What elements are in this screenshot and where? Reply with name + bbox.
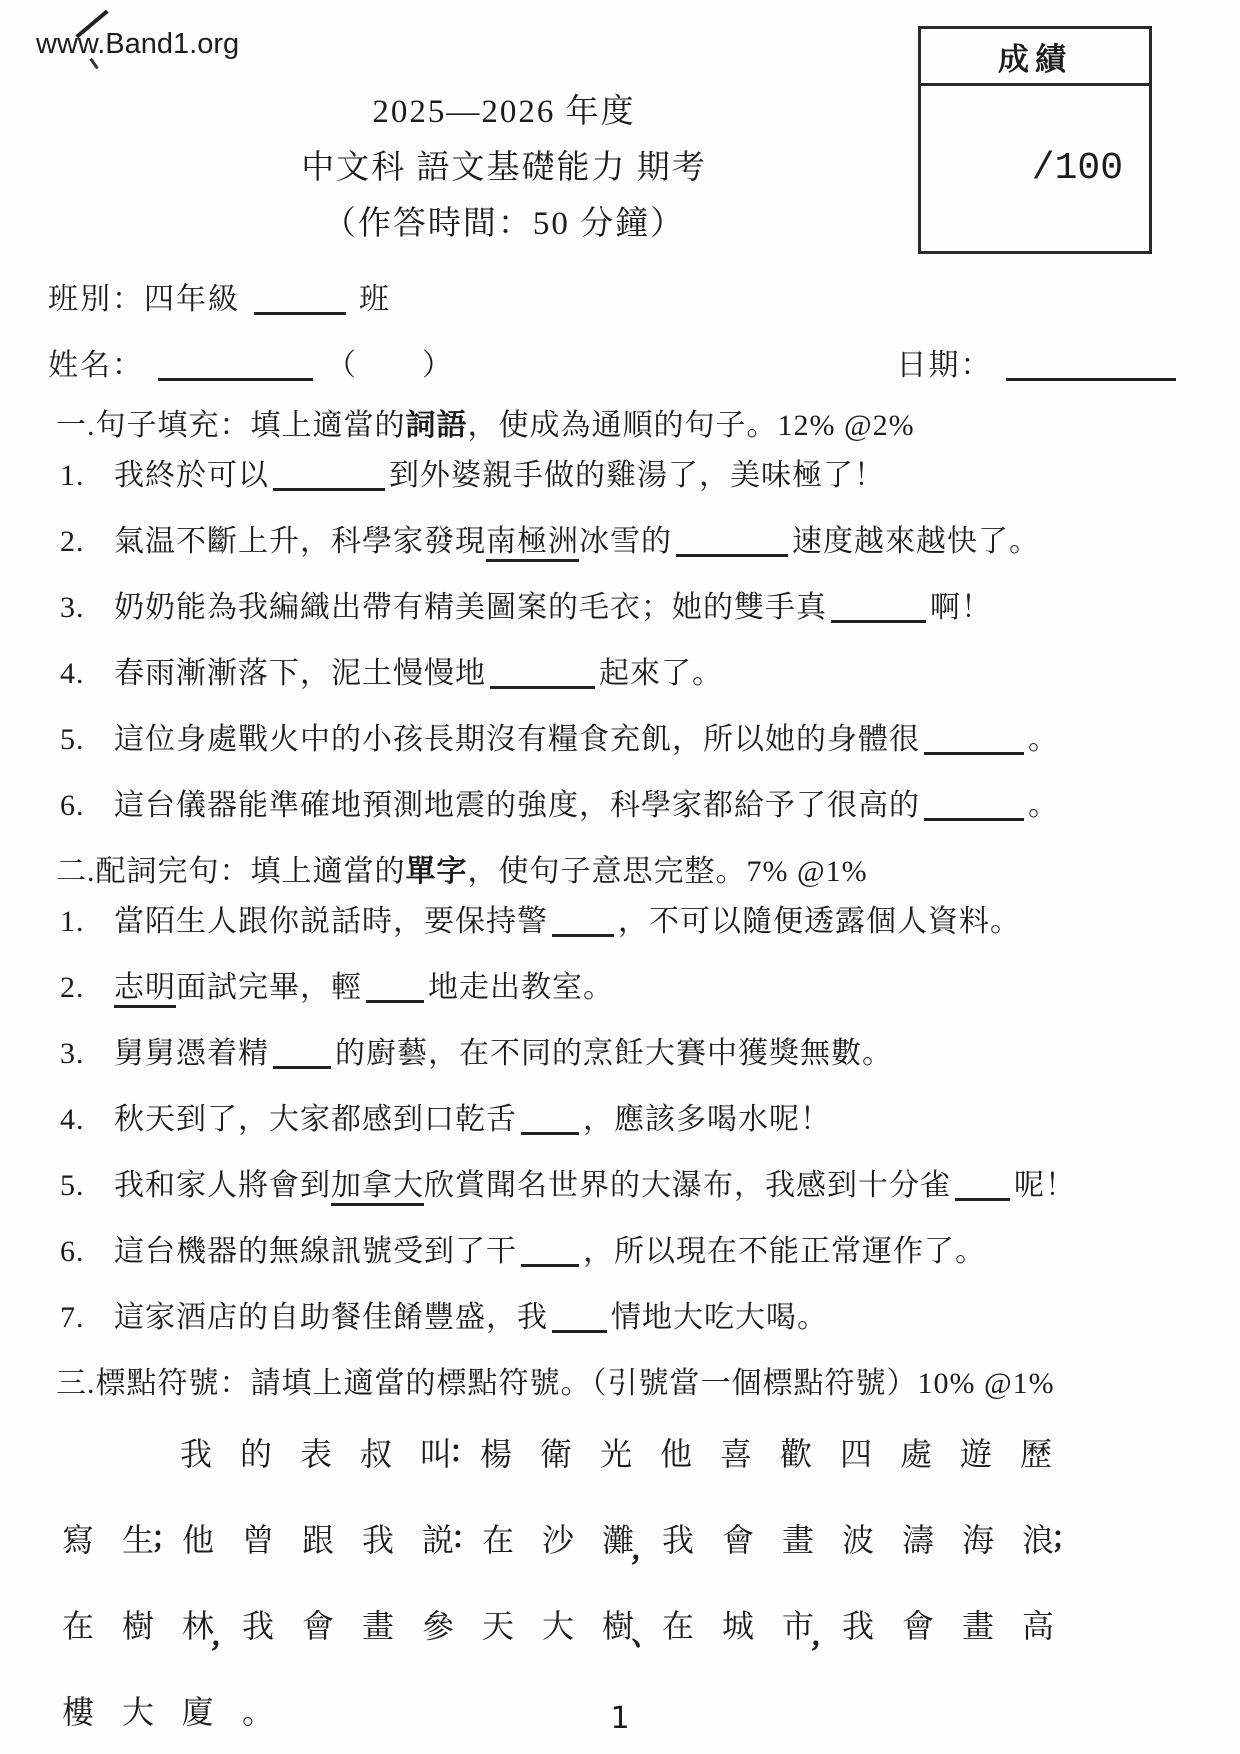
passage-char-cell: 濤 [888,1518,948,1562]
passage-char: 浪 [1022,1522,1054,1558]
text-segment: 呢！ [1014,1169,1076,1202]
text-segment: 我和家人將會到 [114,1169,331,1202]
passage-char-cell: 會 [888,1604,948,1648]
passage-char: 處 [900,1436,932,1472]
passage-char-cell: 叔 [346,1432,406,1476]
text-segment: 詞語 [406,409,468,442]
passage-line: 我的表叔叫：楊衛光他喜歡四處遊歷 [48,1432,1184,1483]
passage-char: 表 [300,1436,332,1472]
passage-char-cell: 畫 [348,1604,408,1648]
passage-char: 海 [962,1522,994,1558]
question-number: 6. [60,786,114,826]
passage-char: 樹 [122,1608,154,1644]
text-segment: 這位身處戰火中的小孩長期沒有糧食充飢，所以她的身體很 [114,723,920,756]
text-segment: 奶奶能為我編織出帶有精美圖案的毛衣；她的雙手真 [114,591,827,624]
question-row: 4.春雨漸漸落下，泥土慢慢地起來了。 [60,654,1184,694]
score-box: 成績 /100 [918,26,1152,254]
answer-blank [366,969,424,1004]
question-row: 6.這台機器的無線訊號受到了干，所以現在不能正常運作了。 [60,1232,1184,1272]
passage-char: 的 [240,1436,272,1472]
passage-char: 衛 [540,1436,572,1472]
passage-char-cell: 沙 [528,1518,588,1562]
passage-char: 我 [362,1522,394,1558]
text-segment: 起來了。 [599,657,723,690]
passage-char: 跟 [302,1522,334,1558]
question-number: 3. [60,1034,114,1074]
question-row: 5.這位身處戰火中的小孩長期沒有糧食充飢，所以她的身體很。 [60,720,1184,760]
exam-content: 班別：四年級 班 姓名： （ ） 日期： 一.句子填充：填上適當的詞語，使成為通… [48,274,1184,1741]
text-segment: ，所以現在不能正常運作了。 [583,1235,986,1268]
passage-char-cell: 遊 [946,1432,1006,1476]
exam-duration-title: （作答時間：50 分鐘） [48,196,960,252]
text-segment: 到外婆親手做的雞湯了，美味極了！ [389,459,885,492]
text-segment: 氣温不斷上升，科學家發現 [114,525,486,558]
passage-char: 城 [722,1608,754,1644]
passage-char-cell: 樹 [108,1604,168,1648]
passage-char: 我 [242,1608,274,1644]
answer-blank [521,1101,579,1136]
passage-char-cell: 歷 [1006,1432,1066,1476]
passage-char: 大 [542,1608,574,1644]
question-row: 2.志明面試完畢，輕地走出教室。 [60,968,1184,1008]
question-number: 7. [60,1298,114,1338]
underlined-word: 加拿大 [331,1169,424,1206]
passage-char-cell: 楊 [466,1432,526,1476]
question-row: 4.秋天到了，大家都感到口乾舌，應該多喝水呢！ [60,1100,1184,1140]
question-sections: 一.句子填充：填上適當的詞語，使成為通順的句子。12% @2%1.我終於可以到外… [48,406,1184,1338]
page-number: 1 [0,1701,1240,1736]
class-line: 班別：四年級 班 [48,274,1184,318]
name-label: 姓名： [48,349,144,382]
question-row: 1.當陌生人跟你説話時，要保持警，不可以隨便透露個人資料。 [60,902,1184,942]
passage-char: 濤 [902,1522,934,1558]
passage-char: 在 [662,1608,694,1644]
question-number: 5. [60,720,114,760]
text-segment: 這家酒店的自助餐佳餚豐盛，我 [114,1301,548,1334]
passage-char-cell: 寫 [48,1518,108,1562]
punctuation-passage: 我的表叔叫：楊衛光他喜歡四處遊歷寫生；他曾跟我説：在沙灘，我會畫波濤海浪；在樹林… [48,1432,1184,1741]
question-number: 1. [60,902,114,942]
passage-char-cell: 大 [528,1604,588,1648]
section-three: 三.標點符號：請填上適當的標點符號。（引號當一個標點符號）10% @1% 我的表… [48,1364,1184,1741]
exam-title-block: 2025—2026 年度 中文科 語文基礎能力 期考 （作答時間：50 分鐘） [48,84,960,252]
name-date-line: 姓名： （ ） 日期： [48,340,1184,384]
date-field: 日期： [897,340,1181,384]
passage-char: 市 [782,1608,814,1644]
passage-char: 四 [840,1436,872,1472]
passage-char: 遊 [960,1436,992,1472]
text-segment: ，應該多喝水呢！ [583,1103,831,1136]
passage-char-cell: 在 [648,1604,708,1648]
passage-char: 畫 [782,1522,814,1558]
text-segment: 這台儀器能準確地預測地震的強度，科學家都給予了很高的 [114,789,920,822]
question-row: 1.我終於可以到外婆親手做的雞湯了，美味極了！ [60,456,1184,496]
question-number: 2. [60,522,114,562]
handwritten-punctuation: ； [1051,1524,1081,1554]
passage-char-cell: 畫 [768,1518,828,1562]
passage-char-cell: 會 [288,1604,348,1648]
text-segment: 舅舅憑着精 [114,1037,269,1070]
text-segment: 。 [1028,789,1059,822]
passage-char-cell: 會 [708,1518,768,1562]
question-row: 6.這台儀器能準確地預測地震的強度，科學家都給予了很高的。 [60,786,1184,826]
text-segment: 的廚藝，在不同的烹飪大賽中獲獎無數。 [335,1037,893,1070]
passage-char-cell: 海 [948,1518,1008,1562]
section-one: 一.句子填充：填上適當的詞語，使成為通順的句子。12% @2%1.我終於可以到外… [48,406,1184,826]
question-row: 3.舅舅憑着精的廚藝，在不同的烹飪大賽中獲獎無數。 [60,1034,1184,1074]
text-segment: 二.配詞完句：填上適當的 [56,855,406,888]
passage-char: 天 [482,1608,514,1644]
passage-char-cell: 我 [228,1604,288,1648]
passage-char: 會 [302,1608,334,1644]
date-label: 日期： [897,349,993,382]
passage-char-cell: 表 [286,1432,346,1476]
section-title: 三.標點符號：請填上適當的標點符號。（引號當一個標點符號）10% @1% [56,1364,1184,1404]
passage-char-cell: 我 [166,1432,226,1476]
passage-char-cell: 畫 [948,1604,1008,1648]
passage-char: 會 [902,1608,934,1644]
passage-char: 灘 [602,1522,634,1558]
underlined-word: 南極洲 [486,525,579,562]
text-segment: 地走出教室。 [428,971,614,1004]
passage-char: 歡 [780,1436,812,1472]
text-segment: 面試完畢，輕 [176,971,362,1004]
passage-char-cell: 喜 [706,1432,766,1476]
question-number: 1. [60,456,114,496]
passage-char: 我 [180,1436,212,1472]
passage-char-cell: 我 [648,1518,708,1562]
passage-char: 寫 [62,1522,94,1558]
passage-char: 他 [660,1436,692,1472]
passage-char-cell: 林， [168,1604,228,1648]
passage-char: 光 [600,1436,632,1472]
passage-char-cell: 在 [468,1518,528,1562]
passage-char-cell: 我 [828,1604,888,1648]
passage-char: 生 [122,1522,154,1558]
text-segment: ，使句子意思完整。7% @1% [468,855,868,888]
underlined-word: 志明 [114,971,176,1008]
score-total: /100 [921,86,1149,251]
passage-char-cell: 歡 [766,1432,826,1476]
passage-line: 在樹林，我會畫參天大樹、在城市，我會畫高 [48,1604,1184,1655]
exam-paper-page: www.Band1.org 成績 /100 2025—2026 年度 中文科 語… [0,0,1240,1754]
name-paren: （ ） [326,349,454,382]
question-row: 7.這家酒店的自助餐佳餚豐盛，我情地大吃大喝。 [60,1298,1184,1338]
answer-blank [273,457,385,492]
text-segment: 單字 [406,855,468,888]
passage-char: 曾 [242,1522,274,1558]
text-segment: 一.句子填充：填上適當的 [56,409,406,442]
question-number: 4. [60,1100,114,1140]
class-suffix: 班 [359,283,391,316]
passage-char-cell: 他 [646,1432,706,1476]
passage-char-cell: 灘， [588,1518,648,1562]
section-title: 二.配詞完句：填上適當的單字，使句子意思完整。7% @1% [56,852,1184,892]
passage-char: 楊 [480,1436,512,1472]
passage-char-cell: 叫： [406,1432,466,1476]
section-title: 一.句子填充：填上適當的詞語，使成為通順的句子。12% @2% [56,406,1184,446]
exam-year-title: 2025—2026 年度 [48,84,960,140]
text-segment: 我終於可以 [114,459,269,492]
passage-char: 高 [1022,1608,1054,1644]
passage-char: 參 [422,1608,454,1644]
question-row: 5.我和家人將會到加拿大欣賞聞名世界的大瀑布，我感到十分雀呢！ [60,1166,1184,1206]
passage-char: 歷 [1020,1436,1052,1472]
passage-char-cell: 高 [1008,1604,1068,1648]
passage-char: 在 [62,1608,94,1644]
passage-char: 畫 [962,1608,994,1644]
passage-char: 會 [722,1522,754,1558]
passage-char-cell: 生； [108,1518,168,1562]
passage-char-cell: 跟 [288,1518,348,1562]
passage-char: 樹 [602,1608,634,1644]
name-blank [158,347,313,382]
passage-char-cell: 城 [708,1604,768,1648]
passage-char: 畫 [362,1608,394,1644]
passage-char: 波 [842,1522,874,1558]
text-segment: 這台機器的無線訊號受到了干 [114,1235,517,1268]
score-label: 成績 [921,29,1149,86]
text-segment: 當陌生人跟你説話時，要保持警 [114,905,548,938]
text-segment: 。 [1028,723,1059,756]
passage-char: 喜 [720,1436,752,1472]
text-segment: 啊！ [930,591,992,624]
question-number: 5. [60,1166,114,1206]
passage-char-cell: 的 [226,1432,286,1476]
question-row: 2.氣温不斷上升，科學家發現南極洲冰雪的速度越來越快了。 [60,522,1184,562]
answer-blank [490,655,595,690]
text-segment: 速度越來越快了。 [792,525,1040,558]
watermark: www.Band1.org [36,28,239,61]
answer-blank [924,787,1024,822]
answer-blank [552,1299,607,1334]
passage-char-cell: 參 [408,1604,468,1648]
passage-char-cell: 波 [828,1518,888,1562]
text-segment: ，使成為通順的句子。12% @2% [468,409,915,442]
passage-char: 他 [182,1522,214,1558]
passage-char-cell: 光 [586,1432,646,1476]
passage-char-cell: 衛 [526,1432,586,1476]
class-blank [254,281,346,316]
passage-char: 説 [422,1522,454,1558]
text-segment: 情地大吃大喝。 [611,1301,828,1334]
passage-char-cell: 我 [348,1518,408,1562]
passage-char: 叫 [420,1436,452,1472]
text-segment: 秋天到了，大家都感到口乾舌 [114,1103,517,1136]
passage-char-cell: 處 [886,1432,946,1476]
question-number: 3. [60,588,114,628]
date-blank [1006,347,1176,382]
passage-char-cell: 在 [48,1604,108,1648]
passage-char-cell: 曾 [228,1518,288,1562]
passage-char-cell: 四 [826,1432,886,1476]
section-two: 二.配詞完句：填上適當的單字，使句子意思完整。7% @1%1.當陌生人跟你説話時… [48,852,1184,1338]
passage-char: 在 [482,1522,514,1558]
passage-char: 叔 [360,1436,392,1472]
answer-blank [552,903,614,938]
exam-subject-title: 中文科 語文基礎能力 期考 [48,140,960,196]
text-segment: 春雨漸漸落下，泥土慢慢地 [114,657,486,690]
answer-blank [273,1035,331,1070]
answer-blank [831,589,926,624]
question-number: 6. [60,1232,114,1272]
passage-char-cell: 天 [468,1604,528,1648]
answer-blank [924,721,1024,756]
passage-char-cell: 樹、 [588,1604,648,1648]
text-segment: 欣賞聞名世界的大瀑布，我感到十分雀 [424,1169,951,1202]
answer-blank [521,1233,579,1268]
text-segment: ，不可以隨便透露個人資料。 [618,905,1021,938]
class-label: 班別：四年級 [48,283,240,316]
passage-char-cell: 他 [168,1518,228,1562]
answer-blank [955,1167,1010,1202]
question-number: 2. [60,968,114,1008]
question-row: 3.奶奶能為我編織出帶有精美圖案的毛衣；她的雙手真啊！ [60,588,1184,628]
passage-char-cell: 説： [408,1518,468,1562]
passage-char: 我 [662,1522,694,1558]
passage-char: 林 [182,1608,214,1644]
question-number: 4. [60,654,114,694]
passage-line: 寫生；他曾跟我説：在沙灘，我會畫波濤海浪； [48,1518,1184,1569]
passage-char: 我 [842,1608,874,1644]
passage-char: 沙 [542,1522,574,1558]
passage-char-cell: 浪； [1008,1518,1068,1562]
answer-blank [676,523,788,558]
text-segment: 冰雪的 [579,525,672,558]
passage-char-cell: 市， [768,1604,828,1648]
